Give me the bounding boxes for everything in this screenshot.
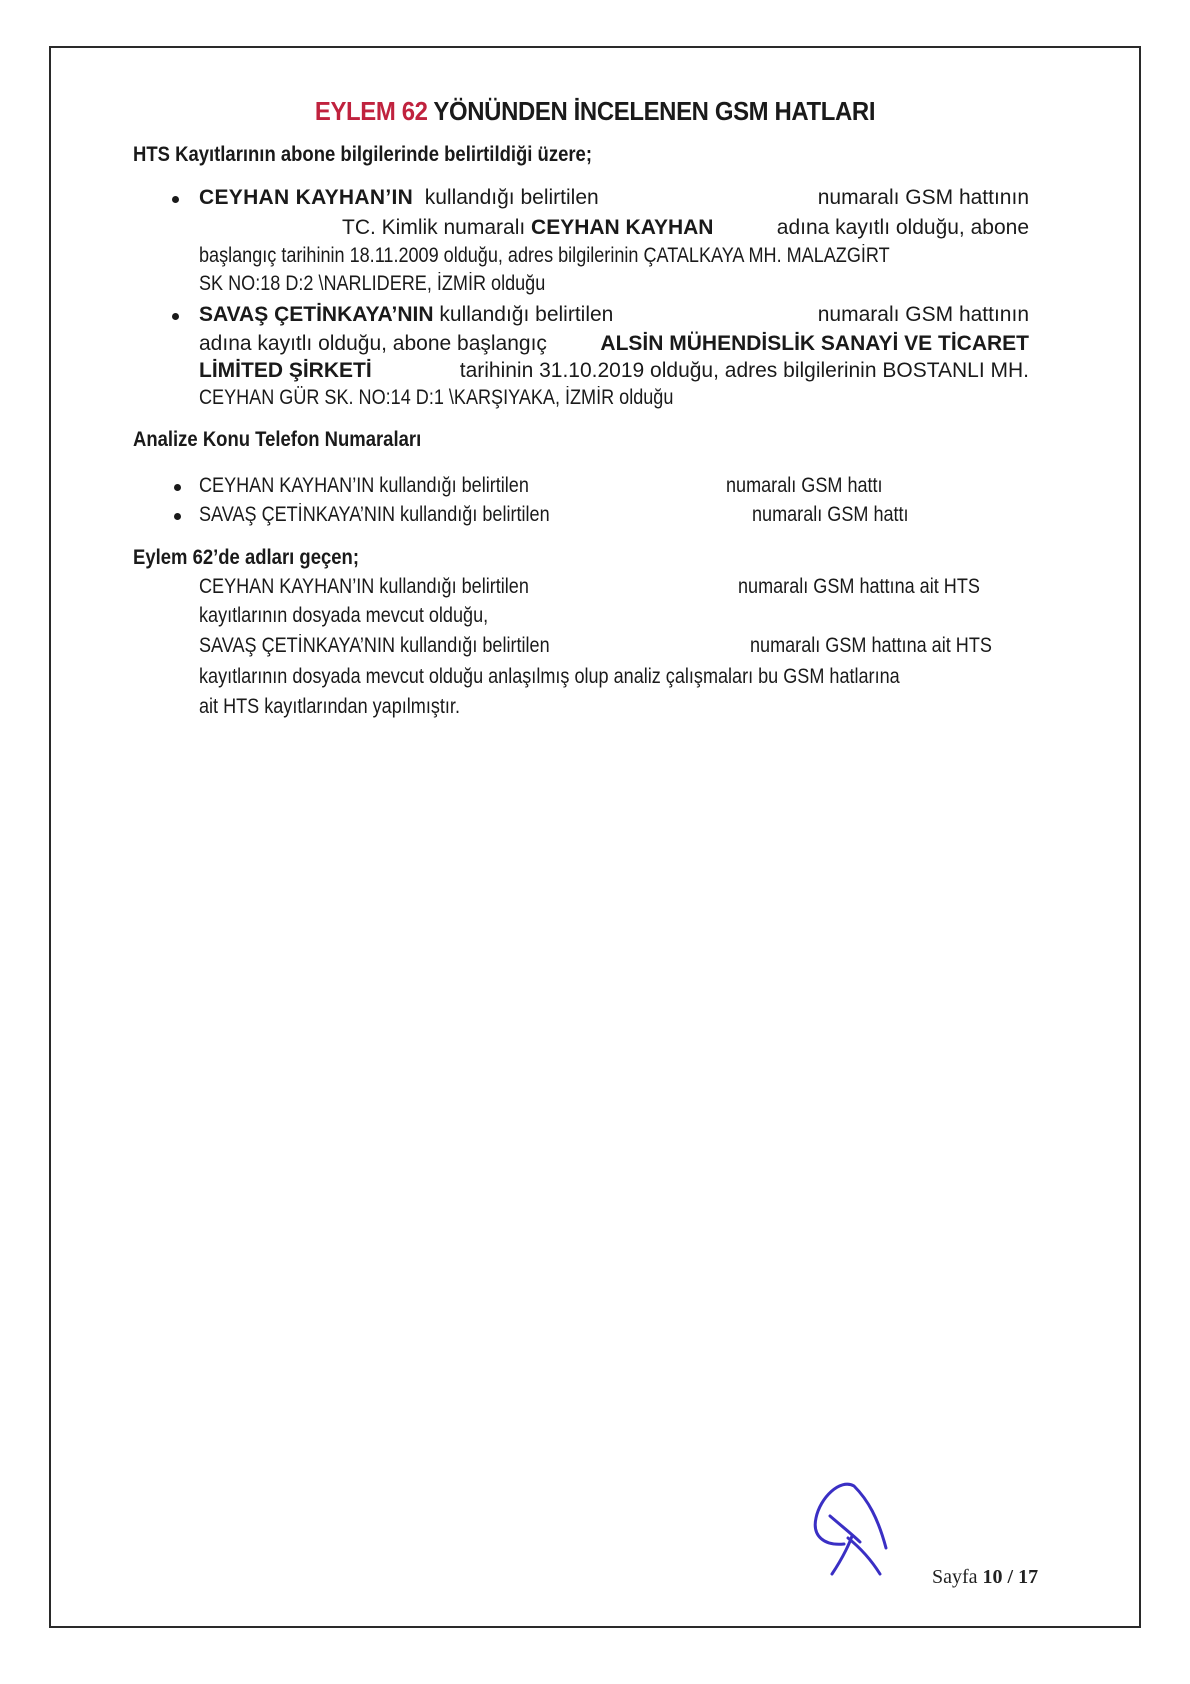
section3-heading: Eylem 62’de adları geçen; [133, 546, 359, 570]
list-item-suffix: numaralı GSM hattı [752, 501, 909, 529]
paragraph-line-suffix: numaralı GSM hattına ait HTS [750, 632, 992, 660]
bullet [172, 196, 179, 203]
title-accent: EYLEM 62 [315, 96, 428, 126]
paragraph-line: kayıtlarının dosyada mevcut olduğu anlaş… [199, 663, 900, 691]
page-title: EYLEM 62 YÖNÜNDEN İNCELENEN GSM HATLARI [48, 96, 1143, 127]
paragraph-line: CEYHAN KAYHAN’IN kullandığı belirtilen [199, 573, 529, 601]
bullet [172, 313, 179, 320]
list-item-line: CEYHAN KAYHAN’IN kullandığı belirtilen n… [199, 184, 1029, 212]
list-item-line: SK NO:18 D:2 \NARLIDERE, İZMİR olduğu [199, 270, 545, 298]
section2-heading: Analize Konu Telefon Numaraları [133, 428, 421, 452]
paragraph-line-suffix: numaralı GSM hattına ait HTS [738, 573, 980, 601]
paragraph-line: SAVAŞ ÇETİNKAYA’NIN kullandığı belirtile… [199, 632, 550, 660]
paragraph-line: kayıtlarının dosyada mevcut olduğu, [199, 602, 488, 630]
list-item-line: TC. Kimlik numaralı CEYHAN KAYHAN adına … [199, 214, 1029, 242]
list-item: SAVAŞ ÇETİNKAYA’NIN kullandığı belirtile… [199, 501, 550, 529]
list-item-line: adına kayıtlı olduğu, abone başlangıç AL… [199, 330, 1029, 358]
list-item-line: CEYHAN GÜR SK. NO:14 D:1 \KARŞIYAKA, İZM… [199, 384, 673, 412]
list-item-suffix: numaralı GSM hattı [726, 472, 883, 500]
title-rest: YÖNÜNDEN İNCELENEN GSM HATLARI [428, 96, 876, 126]
list-item-line: SAVAŞ ÇETİNKAYA’NIN kullandığı belirtile… [199, 301, 1029, 329]
page-number: Sayfa 10 / 17 [932, 1566, 1038, 1589]
bullet [174, 484, 181, 491]
section1-heading: HTS Kayıtlarının abone bilgilerinde beli… [133, 143, 592, 167]
bullet [174, 513, 181, 520]
list-item-line: başlangıç tarihinin 18.11.2009 olduğu, a… [199, 242, 890, 270]
signature-icon [810, 1480, 900, 1590]
list-item-line: LİMİTED ŞİRKETİ tarihinin 31.10.2019 old… [199, 357, 1029, 385]
list-item: CEYHAN KAYHAN’IN kullandığı belirtilen [199, 472, 529, 500]
paragraph-line: ait HTS kayıtlarından yapılmıştır. [199, 693, 460, 721]
